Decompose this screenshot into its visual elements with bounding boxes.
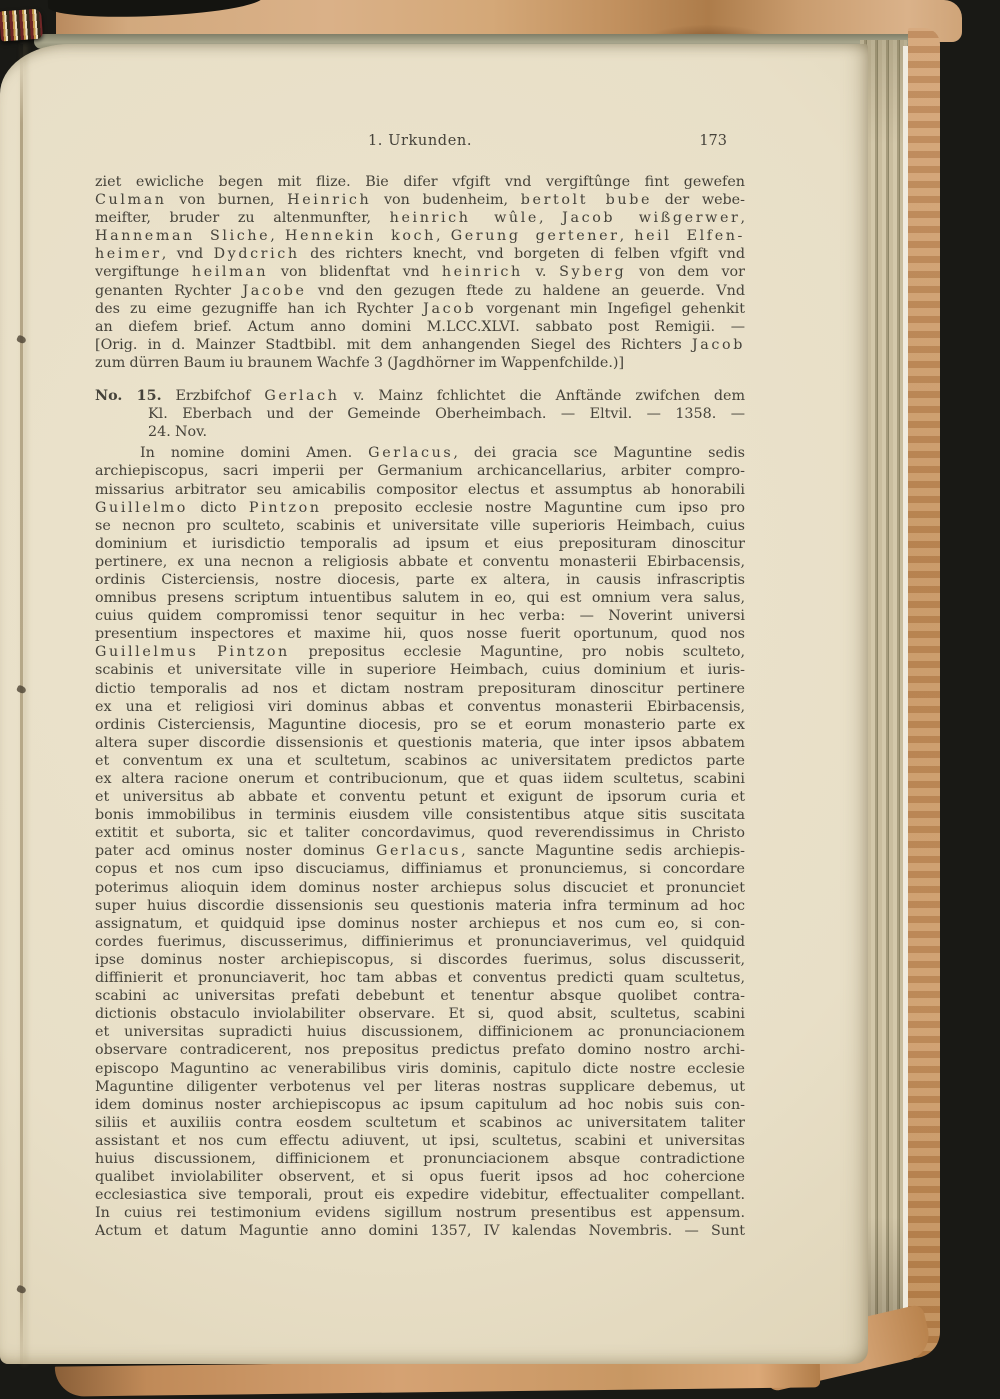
text-line: ex una et religiosi viri dominus abbas e… — [95, 698, 745, 716]
fore-edge-strip — [908, 28, 940, 1358]
text-line: assignatum, et quidquid ipse dominus nos… — [95, 915, 745, 933]
text-line: et universitas supradicti huius discussi… — [95, 1023, 745, 1041]
text-line: Maguntine diligenter verbotenus vel per … — [95, 1078, 745, 1096]
paragraph-urkunde-14-end: ziet ewicliche begen mit flize. Bie dife… — [95, 173, 745, 372]
text-line: se necnon pro sculteto, scabinis et univ… — [95, 517, 745, 535]
text-line: In cuius rei testimonium evidens sigillu… — [95, 1204, 745, 1222]
text-line: pertinere, ex una necnon a religiosis ab… — [95, 553, 745, 571]
text-line: In nomine domini Amen. Gerlacus, dei gra… — [95, 444, 745, 462]
text-line: diffinierit et pronunciaverit, hoc tam a… — [95, 969, 745, 987]
text-line: No. 15. Erzbifchof Gerlach v. Mainz fchl… — [95, 387, 745, 405]
book-page: 1. Urkunden. 173 ziet ewicliche begen mi… — [0, 44, 868, 1364]
text-line: an diefem brief. Actum anno domini M.LCC… — [95, 318, 745, 336]
text-line: cordes fuerimus, discusserimus, diffinie… — [95, 933, 745, 951]
page-content: 1. Urkunden. 173 ziet ewicliche begen mi… — [95, 132, 745, 1240]
text-line: qualibet inviolabiliter observent, et si… — [95, 1168, 745, 1186]
endband-icon — [0, 9, 43, 42]
stitch-mark — [16, 1284, 27, 1294]
text-line: omnibus presens scriptum intuentibus sal… — [95, 589, 745, 607]
stitch-mark — [16, 684, 27, 694]
text-line: ecclesiastica sive temporali, prout eis … — [95, 1186, 745, 1204]
text-line: heimer, vnd Dydcrich des richters knecht… — [95, 245, 745, 263]
text-line: vergiftunge heilman von blidenftat vnd h… — [95, 263, 745, 281]
text-line: meifter, bruder zu altenmunfter, heinric… — [95, 209, 745, 227]
text-line: [Orig. in d. Mainzer Stadtbibl. mit dem … — [95, 336, 745, 354]
text-line: poterimus alioquin idem dominus noster a… — [95, 879, 745, 897]
text-line: extitit et suborta, sic et taliter conco… — [95, 824, 745, 842]
text-line: ipse dominus noster archiepiscopus, si d… — [95, 951, 745, 969]
text-line: ex altera racione onerum et contribucion… — [95, 770, 745, 788]
text-line: missarius arbitrator seu amicabilis comp… — [95, 481, 745, 499]
text-line: bonis immobilibus in terminis eiusdem vi… — [95, 806, 745, 824]
text-line: siliis et auxiliis contra eosdem scultet… — [95, 1114, 745, 1132]
page-header: 1. Urkunden. 173 — [95, 132, 745, 152]
text-line: episcopo Maguntino ac venerabilibus viri… — [95, 1060, 745, 1078]
text-line: archiepiscopus, sacri imperii per German… — [95, 462, 745, 480]
text-line: zum dürren Baum iu braunem Wachfe 3 (Jag… — [95, 354, 745, 372]
text-line: scabini ac universitas prefati debebunt … — [95, 987, 745, 1005]
text-line: 24. Nov. — [95, 423, 745, 441]
text-line: altera super discordie dissensionis et q… — [95, 734, 745, 752]
text-line: observare contradicerent, nos prepositus… — [95, 1041, 745, 1059]
text-line: genanten Rychter Jacobe vnd den gezugen … — [95, 282, 745, 300]
text-line: Guillelmus Pintzon prepositus ecclesie M… — [95, 643, 745, 661]
text-line: ordinis Cisterciensis, Maguntine diocesi… — [95, 716, 745, 734]
text-line: dominium et iurisdictio temporalis ad ip… — [95, 535, 745, 553]
page-number: 173 — [699, 132, 727, 150]
book-scan: 1. Urkunden. 173 ziet ewicliche begen mi… — [0, 0, 1000, 1399]
text-line: idem dominus noster archiepiscopus ac ip… — [95, 1096, 745, 1114]
text-line: ordinis Cisterciensis, nostre diocesis, … — [95, 571, 745, 589]
text-line: cuius quidem compromissi tenor sequitur … — [95, 607, 745, 625]
text-line: super huius discordie dissensionis seu q… — [95, 897, 745, 915]
text-line: des zu eime gezugniffe han ich Rychter J… — [95, 300, 745, 318]
text-line: dictionis obstaculo inviolabiliter obser… — [95, 1005, 745, 1023]
text-line: Kl. Eberbach und der Gemeinde Oberheimba… — [95, 405, 745, 423]
text-line: dictio temporalis ad nos et dictam nostr… — [95, 680, 745, 698]
text-line: assistant et nos cum effectu adiuvent, u… — [95, 1132, 745, 1150]
text-line: et conventum ex una et scultetum, scabin… — [95, 752, 745, 770]
text-line: Actum et datum Maguntie anno domini 1357… — [95, 1222, 745, 1240]
text-line: et universitus ab abbate et conventu pet… — [95, 788, 745, 806]
text-line: pater acd ominus noster dominus Gerlacus… — [95, 842, 745, 860]
text-line: Culman von burnen, Heinrich von budenhei… — [95, 191, 745, 209]
text-line: copus et nos cum ipso discuciamus, diffi… — [95, 860, 745, 878]
stitch-mark — [16, 334, 27, 344]
text-line: huius discussionem, diffinicionem et pro… — [95, 1150, 745, 1168]
text-line: Hanneman Sliche, Hennekin koch, Gerung g… — [95, 227, 745, 245]
text-line: presentium inspectores et maxime hii, qu… — [95, 625, 745, 643]
running-title: 1. Urkunden. — [95, 132, 745, 150]
text-line: ziet ewicliche begen mit flize. Bie dife… — [95, 173, 745, 191]
entry-15-heading: No. 15. Erzbifchof Gerlach v. Mainz fchl… — [95, 387, 745, 441]
paragraph-urkunde-15-latin: In nomine domini Amen. Gerlacus, dei gra… — [95, 444, 745, 1240]
text-line: Guillelmo dicto Pintzon preposito eccles… — [95, 499, 745, 517]
text-line: scabinis et universitate ville in superi… — [95, 661, 745, 679]
